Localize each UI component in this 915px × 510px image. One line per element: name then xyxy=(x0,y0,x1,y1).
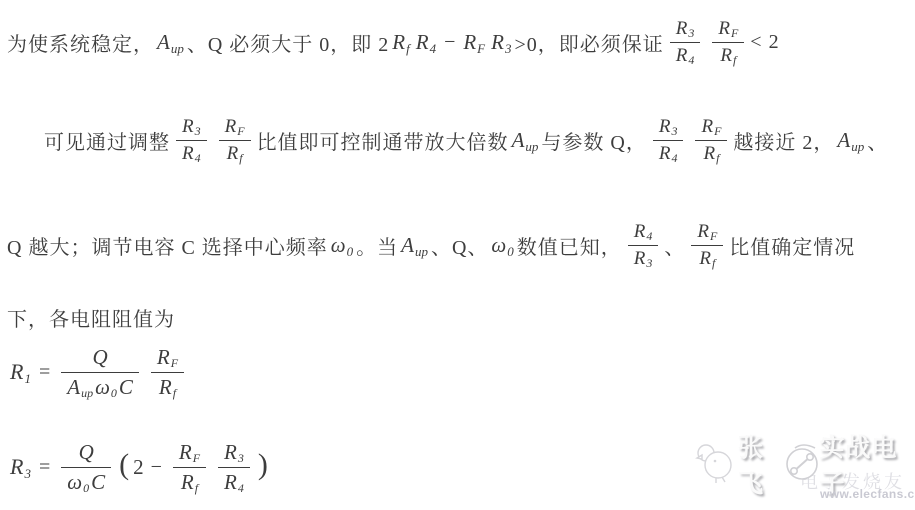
fraction-q-over-aup-w0-c: Q Aupω0C xyxy=(61,344,139,399)
text-segment: 数值已知， xyxy=(517,231,622,260)
fraction-r4-over-r3: R4 R3 xyxy=(628,220,659,271)
text-segment: 下，各电阻阻值为 xyxy=(7,303,175,332)
close-paren: ) xyxy=(258,448,268,482)
text-segment: 越接近 2， xyxy=(733,126,834,155)
fraction-denominator: R4 xyxy=(670,43,701,68)
fraction-denominator: ω0C xyxy=(61,468,111,495)
paragraph-line-2: 可见通过调整 R3 R4 RF Rf 比值即可控制通带放大倍数 Aup 与参数 … xyxy=(44,94,888,186)
text-segment: 比值即可控制通带放大倍数 xyxy=(257,126,509,155)
paragraph-line-1: 为使系统稳定， Aup 、Q 必须大于 0，即 2 Rf R4 − RF R3 … xyxy=(7,4,780,80)
watermark-brand-left: 张飞 xyxy=(738,428,785,500)
text-segment: 。当 xyxy=(356,231,398,260)
text-segment: 、 xyxy=(664,231,685,260)
math-var-aup: Aup xyxy=(512,128,539,153)
fraction-denominator: Rf xyxy=(173,468,206,495)
watermark-url: www.elecfans.com xyxy=(820,487,915,501)
math-var-c: C xyxy=(91,470,105,494)
fraction-numerator: R3 xyxy=(670,17,701,43)
fraction-numerator: R3 xyxy=(653,115,684,141)
math-var-aup: Aup xyxy=(837,128,864,153)
math-var-aup: Aup xyxy=(157,30,184,55)
text-segment: 与参数 Q， xyxy=(541,126,646,155)
fraction-denominator: R3 xyxy=(628,246,659,271)
text-segment: 比值确定情况 xyxy=(729,231,855,260)
math-var-r4: R4 xyxy=(416,30,436,55)
fraction-rF-over-rf: RF Rf xyxy=(691,220,723,271)
text-segment: 为使系统稳定， xyxy=(7,28,154,57)
math-var-omega0: ω0 xyxy=(67,470,89,494)
fraction-numerator: R4 xyxy=(628,220,659,246)
fraction-denominator: Rf xyxy=(151,373,184,400)
fraction-r3-over-r4: R3 R4 xyxy=(653,115,684,166)
fraction-rF-over-rf: RF Rf xyxy=(219,115,251,166)
equals-sign: = xyxy=(39,456,50,479)
fraction-numerator: RF xyxy=(151,344,184,372)
text-segment: 、Q、 xyxy=(431,231,488,260)
text-segment: 可见通过调整 xyxy=(44,126,170,155)
math-var-rf-upper: RF xyxy=(463,30,485,55)
fraction-r3-over-r4: R3 R4 xyxy=(670,17,701,68)
fraction-numerator: R3 xyxy=(218,439,250,467)
watermark: 张飞 实战电子 电子发烧友 www.elecfans.com xyxy=(692,428,914,508)
minus-operator: − xyxy=(444,31,455,54)
text-segment: Q 越大；调节电容 C 选择中心频率 xyxy=(7,231,328,260)
math-var-c: C xyxy=(119,375,133,399)
math-var-r1: R1 xyxy=(10,359,31,385)
text-segment: 、Q 必须大于 0，即 2 xyxy=(187,28,389,57)
text-segment: < 2 xyxy=(750,31,779,54)
fraction-numerator: R3 xyxy=(176,115,207,141)
fraction-numerator: Q xyxy=(61,344,139,372)
paragraph-line-4: 下，各电阻阻值为 xyxy=(7,302,175,332)
fraction-denominator: Aupω0C xyxy=(61,373,139,400)
equation-r3: R3 = Q ω0C ( 2 − RF Rf R3 R4 ) xyxy=(7,428,270,506)
fraction-denominator: Rf xyxy=(691,246,723,271)
fraction-numerator: RF xyxy=(219,115,251,141)
math-var-r3: R3 xyxy=(491,30,511,55)
fraction-rF-over-rf: RF Rf xyxy=(151,344,184,399)
text-segment: 、 xyxy=(867,126,888,155)
circuit-logo-icon xyxy=(785,442,819,487)
math-var-r3: R3 xyxy=(10,454,31,480)
math-var-omega0: ω0 xyxy=(331,233,353,258)
fraction-numerator: RF xyxy=(173,439,206,467)
math-var-q: Q xyxy=(92,345,107,369)
equation-r1: R1 = Q Aupω0C RF Rf xyxy=(7,336,190,408)
minus-operator: − xyxy=(151,456,162,479)
math-var-aup: Aup xyxy=(401,233,428,258)
text-segment: >0，即必须保证 xyxy=(514,28,663,57)
math-var-omega0: ω0 xyxy=(95,375,117,399)
fraction-rF-over-rf: RF Rf xyxy=(695,115,727,166)
fraction-numerator: RF xyxy=(695,115,727,141)
chick-logo-icon xyxy=(692,439,738,490)
paragraph-line-3: Q 越大；调节电容 C 选择中心频率 ω0 。当 Aup 、Q、 ω0 数值已知… xyxy=(7,198,855,292)
open-paren: ( xyxy=(119,448,129,482)
literal-2: 2 xyxy=(133,455,144,480)
fraction-numerator: RF xyxy=(712,17,744,43)
fraction-numerator: RF xyxy=(691,220,723,246)
fraction-r3-over-r4: R3 R4 xyxy=(218,439,250,494)
fraction-numerator: Q xyxy=(61,439,111,467)
math-var-aup: Aup xyxy=(67,375,93,399)
fraction-denominator: Rf xyxy=(219,141,251,166)
fraction-denominator: Rf xyxy=(712,43,744,68)
math-var-omega0: ω0 xyxy=(491,233,513,258)
fraction-denominator: R4 xyxy=(218,468,250,495)
fraction-rF-over-rf: RF Rf xyxy=(173,439,206,494)
fraction-r3-over-r4: R3 R4 xyxy=(176,115,207,166)
equals-sign: = xyxy=(39,361,50,384)
math-var-rf-lower: Rf xyxy=(392,30,409,55)
fraction-denominator: R4 xyxy=(653,141,684,166)
fraction-rF-over-rf: RF Rf xyxy=(712,17,744,68)
fraction-denominator: R4 xyxy=(176,141,207,166)
math-var-q: Q xyxy=(79,440,94,464)
fraction-q-over-w0-c: Q ω0C xyxy=(61,439,111,494)
fraction-denominator: Rf xyxy=(695,141,727,166)
